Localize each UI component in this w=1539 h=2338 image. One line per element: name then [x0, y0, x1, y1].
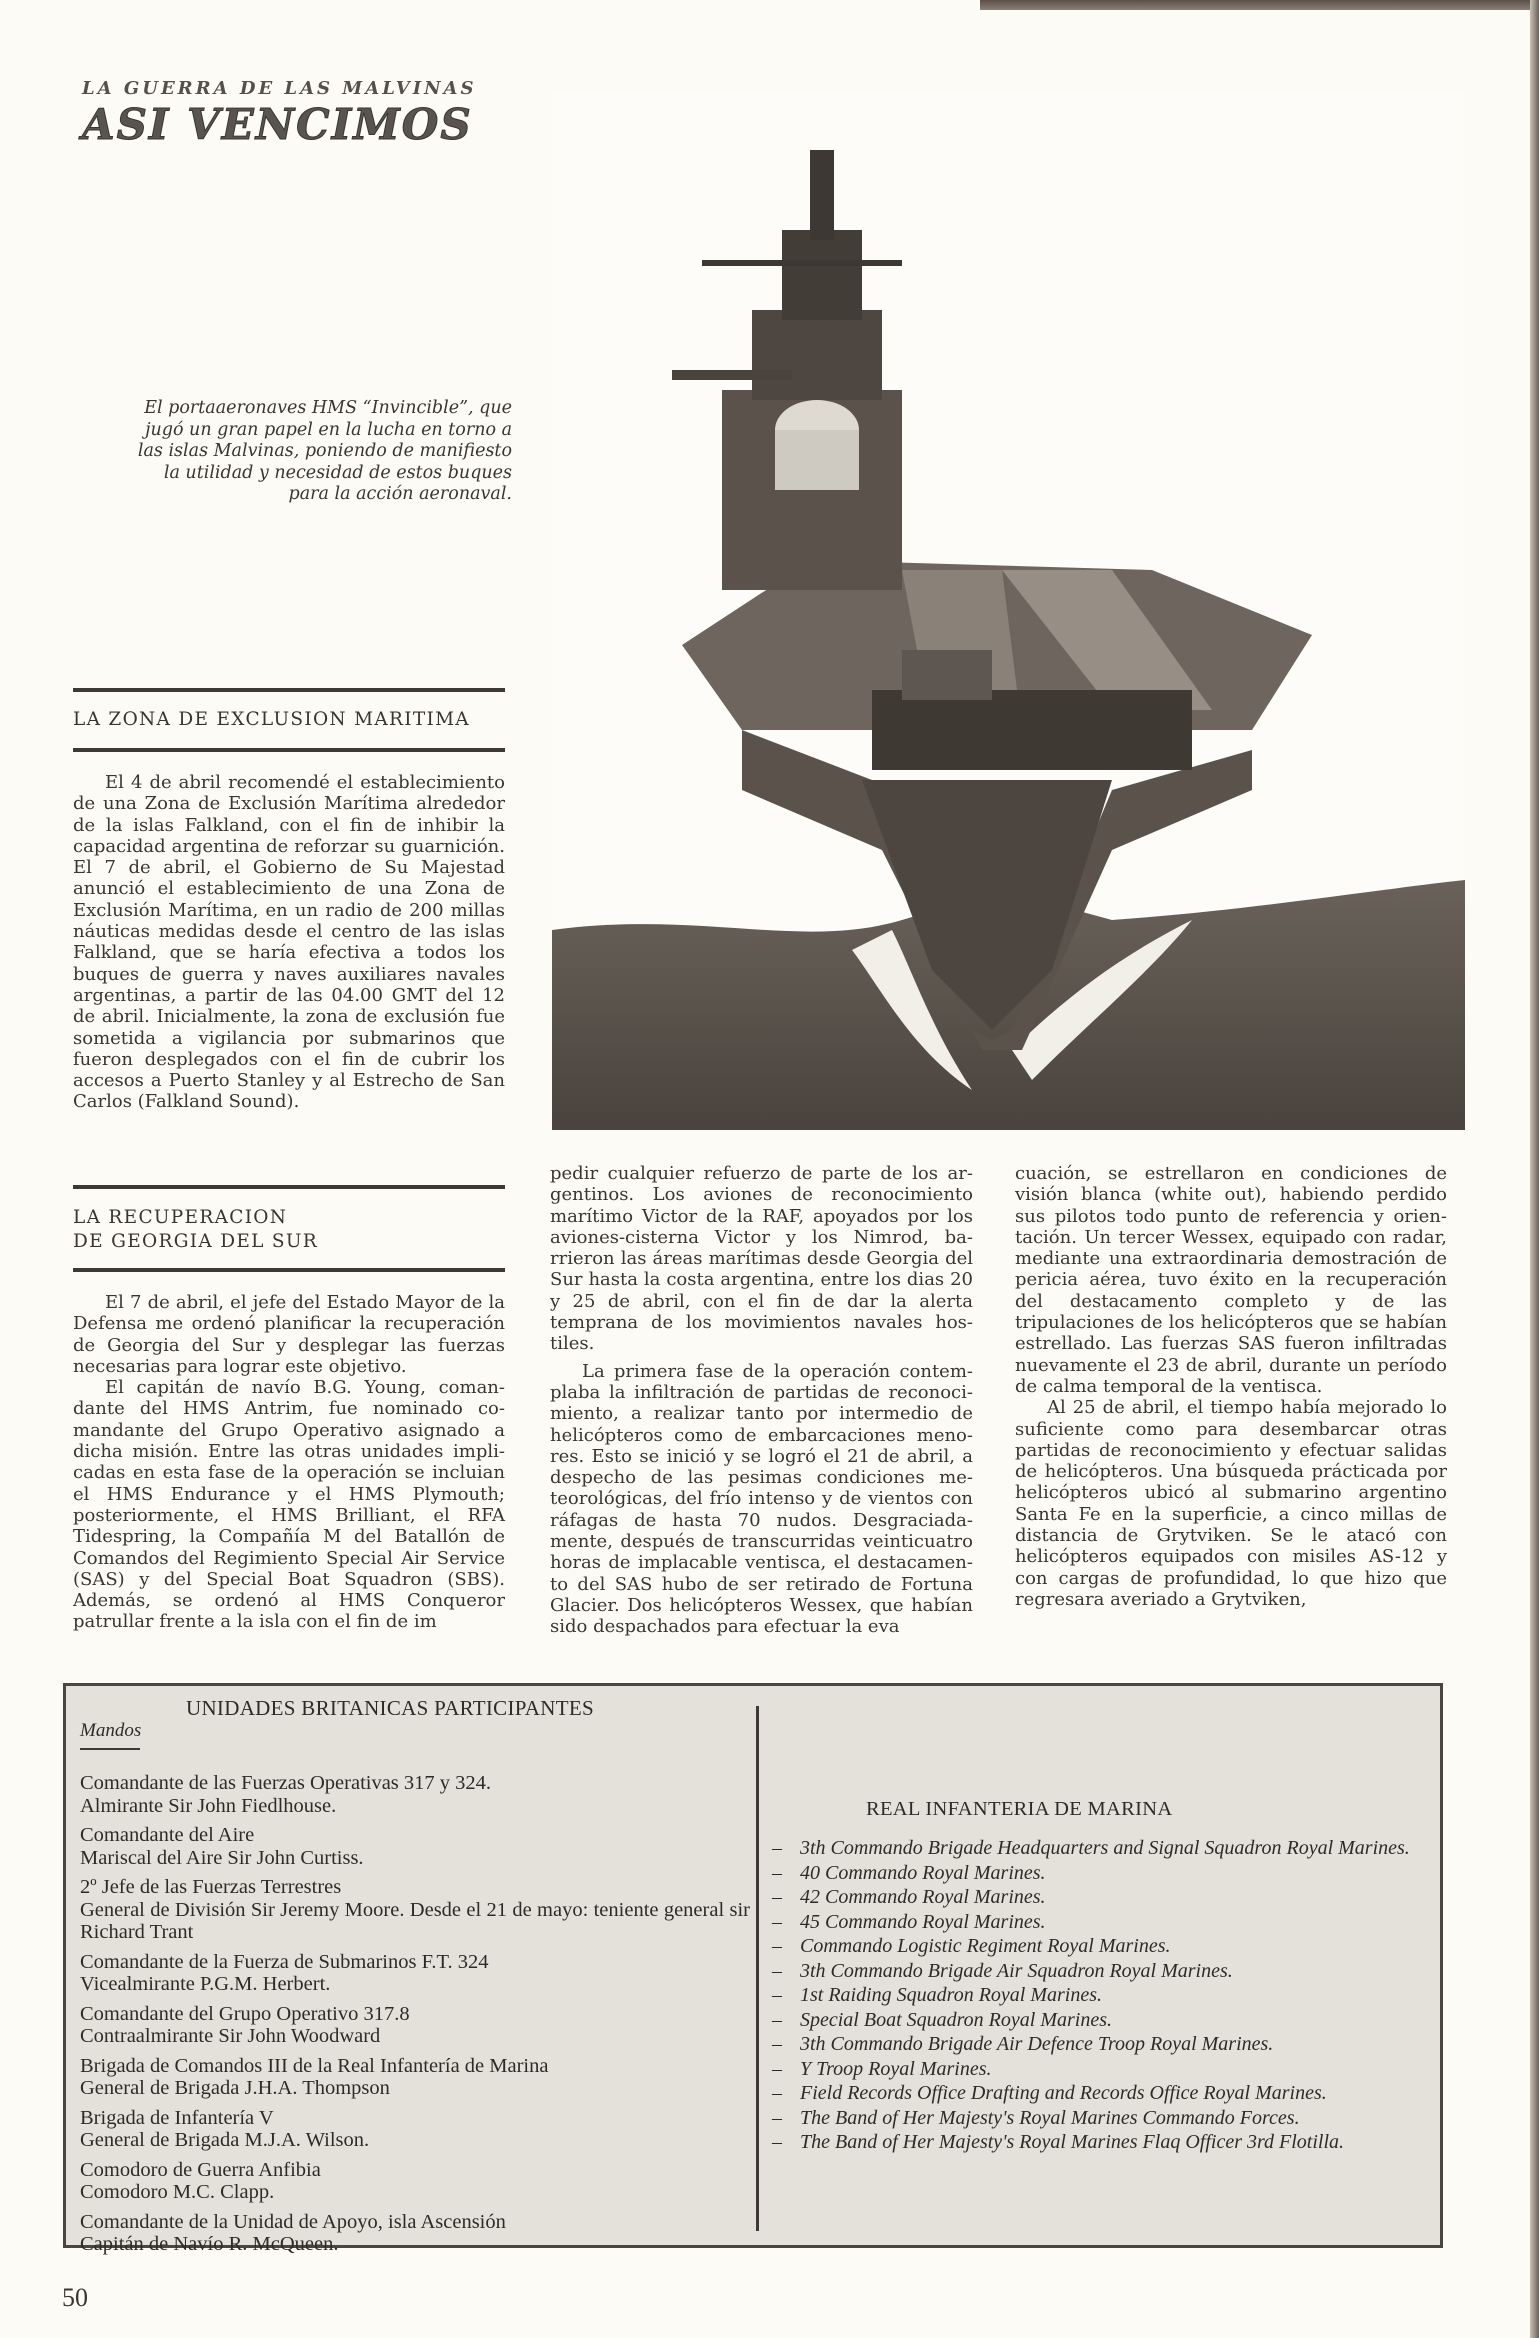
paragraph: El capitán de navío B.G. Young, coman­da… [73, 1377, 505, 1633]
command-name: Almirante Sir John Fiedlhouse. [80, 1795, 750, 1818]
command-name: Vicealmirante P.G.M. Herbert. [80, 1973, 750, 1996]
list-item: 45 Commando Royal Marines. [766, 1910, 1426, 1935]
command-name: Mariscal del Aire Sir John Curtiss. [80, 1847, 750, 1870]
list-item: Commando Logistic Regiment Royal Marines… [766, 1934, 1426, 1959]
command-name: Capitán de Navío R. McQueen. [80, 2233, 750, 2256]
command-name: General de Brigada J.H.A. Thompson [80, 2077, 750, 2100]
command-name: Contraalmirante Sir John Woodward [80, 2025, 750, 2048]
section-heading-exclusion-zone: LA ZONA DE EXCLUSION MARITIMA [73, 708, 470, 732]
list-item: 40 Commando Royal Marines. [766, 1861, 1426, 1886]
section-rule [73, 748, 505, 752]
command-role: Comandante de las Fuerzas Operativas 317… [80, 1772, 750, 1795]
paragraph: pedir cualquier refuerzo de parte de los… [550, 1163, 973, 1355]
british-units-box: UNIDADES BRITANICAS PARTICIPANTES Mandos… [63, 1683, 1443, 2248]
command-entry: Brigada de Comandos III de la Real Infan… [80, 2055, 750, 2100]
section-heading-south-georgia: LA RECUPERACION DE GEORGIA DEL SUR [73, 1206, 318, 1254]
commands-underline [80, 1748, 140, 1750]
marines-units-list: 3th Commando Brigade Headquarters and Si… [766, 1836, 1426, 2155]
commands-list: Comandante de las Fuerzas Operativas 317… [80, 1772, 750, 2263]
marines-heading: REAL INFANTERIA DE MARINA [866, 1798, 1172, 1821]
command-entry: Comandante del Aire Mariscal del Aire Si… [80, 1824, 750, 1869]
command-role: Comodoro de Guerra Anfibia [80, 2159, 750, 2182]
box-title: UNIDADES BRITANICAS PARTICIPANTES [186, 1696, 594, 1721]
list-item: 3th Commando Brigade Air Squadron Royal … [766, 1959, 1426, 1984]
command-name: General de Brigada M.J.A. Wilson. [80, 2129, 750, 2152]
page-number: 50 [62, 2283, 88, 2313]
command-entry: Comandante de las Fuerzas Operativas 317… [80, 1772, 750, 1817]
list-item: 3th Commando Brigade Air Defence Troop R… [766, 2032, 1426, 2057]
command-entry: 2º Jefe de las Fuerzas Terrestres Genera… [80, 1876, 750, 1944]
command-entry: Brigada de Infantería V General de Briga… [80, 2107, 750, 2152]
command-name: Comodoro M.C. Clapp. [80, 2181, 750, 2204]
command-role: Comandante del Aire [80, 1824, 750, 1847]
command-entry: Comandante del Grupo Operativo 317.8 Con… [80, 2003, 750, 2048]
article-headline: ASI VENCIMOS [82, 100, 473, 149]
command-entry: Comandante de la Unidad de Apoyo, isla A… [80, 2211, 750, 2256]
command-entry: Comodoro de Guerra Anfibia Comodoro M.C.… [80, 2159, 750, 2204]
commands-label: Mandos [80, 1720, 141, 1742]
paragraph: La primera fase de la operación contem­p… [550, 1361, 973, 1638]
command-entry: Comandante de la Fuerza de Submarinos F.… [80, 1951, 750, 1996]
command-role: 2º Jefe de las Fuerzas Terrestres [80, 1876, 750, 1899]
command-role: Brigada de Comandos III de la Real Infan… [80, 2055, 750, 2078]
command-name: General de División Sir Jeremy Moore. De… [80, 1899, 750, 1944]
scan-edge-right [1530, 0, 1539, 2338]
list-item: Special Boat Squadron Royal Marines. [766, 2008, 1426, 2033]
series-kicker: LA GUERRA DE LAS MALVINAS [82, 78, 477, 99]
paragraph: El 4 de abril recomendé el estableci­mie… [73, 772, 505, 1113]
command-role: Comandante de la Unidad de Apoyo, isla A… [80, 2211, 750, 2234]
scan-edge-top [980, 0, 1539, 10]
command-role: Brigada de Infantería V [80, 2107, 750, 2130]
command-role: Comandante del Grupo Operativo 317.8 [80, 2003, 750, 2026]
right-column-body: cuación, se estrellaron en condiciones d… [1015, 1163, 1447, 1610]
photo-caption: El portaaeronaves HMS “Invincible”, que … [120, 398, 512, 506]
south-georgia-body: El 7 de abril, el jefe del Estado Mayor … [73, 1292, 505, 1633]
section-rule [73, 1185, 505, 1189]
section-rule [73, 688, 505, 692]
list-item: 1st Raiding Squadron Royal Marines. [766, 1983, 1426, 2008]
section-rule [73, 1268, 505, 1272]
list-item: 42 Commando Royal Marines. [766, 1885, 1426, 1910]
carrier-photo [552, 90, 1465, 1130]
heading-line: DE GEORGIA DEL SUR [73, 1230, 318, 1254]
list-item: 3th Commando Brigade Headquarters and Si… [766, 1836, 1426, 1861]
middle-column-body: pedir cualquier refuerzo de parte de los… [550, 1163, 973, 1638]
paragraph: cuación, se estrellaron en condiciones d… [1015, 1163, 1447, 1397]
heading-line: LA RECUPERACION [73, 1206, 318, 1230]
exclusion-zone-body: El 4 de abril recomendé el estableci­mie… [73, 772, 505, 1113]
aircraft-carrier-image-icon [552, 90, 1465, 1130]
paragraph: El 7 de abril, el jefe del Estado Mayor … [73, 1292, 505, 1377]
box-column-divider [756, 1706, 759, 2231]
paragraph: Al 25 de abril, el tiempo había mejora­d… [1015, 1397, 1447, 1610]
list-item: Field Records Office Drafting and Record… [766, 2081, 1426, 2106]
list-item: Y Troop Royal Marines. [766, 2057, 1426, 2082]
command-role: Comandante de la Fuerza de Submarinos F.… [80, 1951, 750, 1974]
list-item: The Band of Her Majesty's Royal Marines … [766, 2130, 1426, 2155]
list-item: The Band of Her Majesty's Royal Marines … [766, 2106, 1426, 2131]
